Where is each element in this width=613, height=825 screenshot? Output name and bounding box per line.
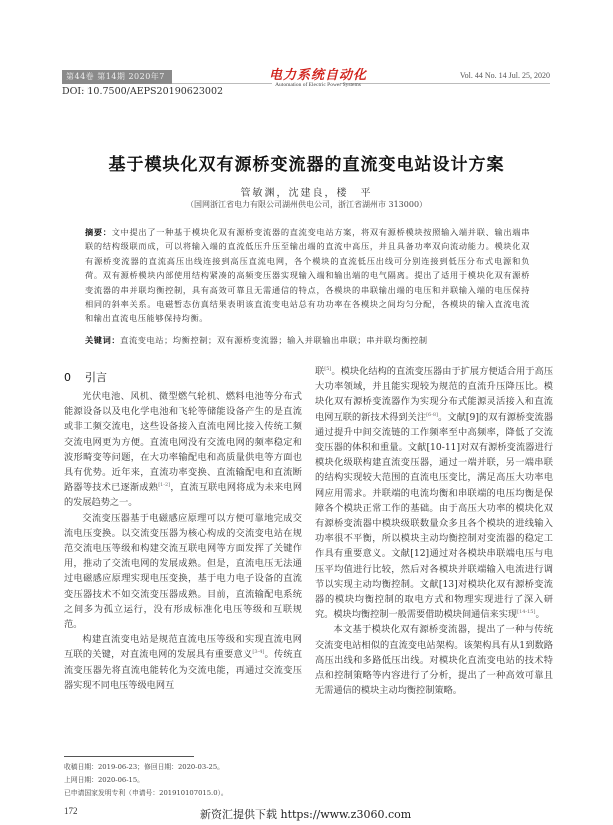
section-heading: 0引言	[64, 369, 107, 385]
abstract-label: 摘要：	[85, 227, 112, 237]
citation[interactable]: [14-15]	[517, 609, 535, 615]
paragraph: 本文基于模块化双有源桥变流器，提出了一种与传统交流变电站相似的直流变电站架构。该…	[315, 622, 553, 698]
paragraph: 交流变压器基于电磁感应原理可以方便可靠地完成交流电压变换。以交流变压器为核心构成…	[64, 511, 302, 633]
article-title: 基于模块化双有源桥变流器的直流变电站设计方案	[0, 150, 613, 175]
section-number: 0	[64, 371, 71, 384]
abstract-text: 文中提出了一种基于模块化双有源桥变流器的直流变电站方案，将双有源桥模块按照输入端…	[85, 227, 530, 323]
paragraph: 构建直流变电站是规范直流电压等级和实现直流电网互联的关键，对直流电网的发展具有重…	[64, 632, 302, 693]
issue-band: 第44卷 第14期 2020年7月25日	[62, 70, 172, 84]
abstract: 摘要：文中提出了一种基于模块化双有源桥变流器的直流变电站方案，将双有源桥模块按照…	[85, 225, 530, 326]
footnote-online: 上网日期：2020-06-15。	[64, 774, 324, 787]
keywords: 关键词：直流变电站；均衡控制；双有源桥变流器；输入并联输出串联；串并联均衡控制	[85, 335, 530, 346]
footnotes: 收稿日期：2019-06-23；修回日期：2020-03-25。 上网日期：20…	[64, 761, 324, 800]
journal-logo-cn: 电力系统自动化	[268, 64, 368, 83]
footnote-patent: 已申请国家发明专利（申请号：201910107015.0）。	[64, 787, 324, 800]
doi: DOI: 10.7500/AEPS20190623002	[62, 86, 223, 97]
affiliation: （国网浙江省电力有限公司湖州供电公司，浙江省湖州市 313000）	[0, 199, 613, 210]
header-rule-left	[172, 83, 272, 84]
journal-logo-en: Automation of Electric Power Systems	[258, 82, 378, 88]
keywords-text: 直流变电站；均衡控制；双有源桥变流器；输入并联输出串联；串并联均衡控制	[120, 335, 428, 345]
authors: 管敏渊，沈建良，楼 平	[0, 184, 613, 199]
citation[interactable]: [6-8]	[426, 412, 438, 418]
right-column: 联[5]。模块化结构的直流变压器由于扩展方便适合用于高压大功率领域，并且能实现较…	[315, 364, 553, 698]
keywords-label: 关键词：	[85, 335, 120, 345]
paragraph: 联[5]。模块化结构的直流变压器由于扩展方便适合用于高压大功率领域，并且能实现较…	[315, 364, 553, 622]
citation[interactable]: [1-2]	[158, 482, 170, 488]
paragraph: 光伏电池、风机、微型燃气轮机、燃料电池等分布式能源设备以及电化学电池和飞轮等储能…	[64, 389, 302, 511]
volume-info: Vol. 44 No. 14 Jul. 25, 2020	[440, 71, 550, 80]
footnote-received: 收稿日期：2019-06-23；修回日期：2020-03-25。	[64, 761, 324, 774]
page-number: 172	[64, 806, 78, 816]
citation[interactable]: [3-4]	[252, 649, 264, 655]
section-title: 引言	[85, 371, 107, 384]
left-column: 光伏电池、风机、微型燃气轮机、燃料电池等分布式能源设备以及电化学电池和飞轮等储能…	[64, 389, 302, 693]
watermark: 新资汇提供下载 https://www.z3060.com	[200, 806, 411, 822]
footnote-rule	[64, 756, 194, 757]
